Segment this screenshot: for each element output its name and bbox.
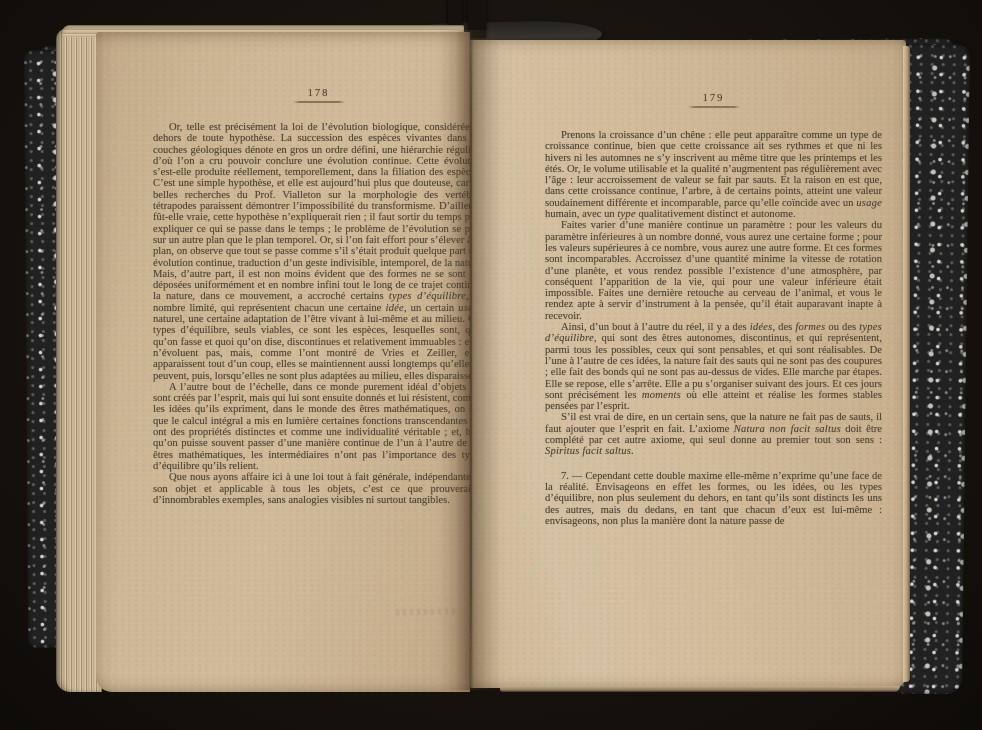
paragraph-section-7: 7. — Cependant cette double maxime elle-… [545, 471, 882, 527]
page-number-rule [293, 101, 345, 103]
paragraph: Faites varier d’une manière continue un … [545, 220, 882, 322]
page-header-178: 178 [153, 88, 484, 103]
page-178: 178 Or, telle est précisément la loi de … [96, 32, 470, 692]
book-scan-background: 178 Or, telle est précisément la loi de … [0, 0, 982, 730]
page-number-rule [688, 106, 740, 108]
page-header-179: 179 [545, 93, 882, 108]
page-number: 179 [545, 93, 882, 104]
page-edge-bottom-sliver [500, 686, 900, 692]
page-179-text-block: Prenons la croissance d’un chêne : elle … [545, 130, 882, 527]
paragraph: S’il est vrai de dire, en un certain sen… [545, 412, 882, 457]
paragraph: Prenons la croissance d’un chêne : elle … [545, 130, 882, 220]
page-edge-right-sliver [903, 46, 910, 682]
paragraph: Que nous ayons affaire ici à une loi tou… [153, 472, 484, 506]
book-stand-clamp [468, 0, 486, 38]
paragraph: Or, telle est précisément la loi de l’év… [153, 122, 484, 382]
page-178-text-block: Or, telle est précisément la loi de l’év… [153, 122, 484, 506]
paragraph: A l’autre bout de l’échelle, dans ce mon… [153, 382, 484, 472]
page-number: 178 [153, 88, 484, 99]
page-179: 179 Prenons la croissance d’un chêne : e… [470, 40, 906, 688]
faint-show-through-mark [396, 608, 458, 615]
paragraph: Ainsi, d’un bout à l’autre du réel, il y… [545, 322, 882, 412]
